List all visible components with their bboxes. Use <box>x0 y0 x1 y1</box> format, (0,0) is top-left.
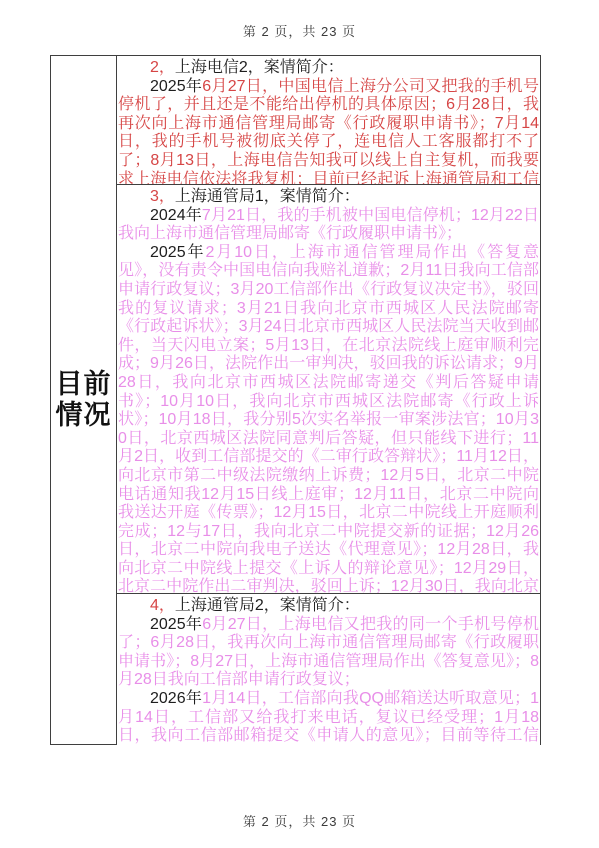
page-number-footer: 第 2 页，共 23 页 <box>0 811 599 830</box>
year-prefix: 2025年 <box>150 616 202 633</box>
events-text: 2月10日，上海市通信管理局作出《答复意见》，没有责令中国电信向我赔礼道歉；2月… <box>118 244 539 593</box>
case-status-table: 目前情况 2，上海电信2，案情简介：2025年6月27日，中国电信上海分公司又把… <box>50 55 541 745</box>
year-prefix: 2025年 <box>150 78 202 95</box>
page-number-header: 第 2 页，共 23 页 <box>0 21 599 40</box>
section-heading: 4，上海通管局2，案情简介： <box>118 597 539 616</box>
section-title: 上海通管局1，案情简介： <box>175 188 360 205</box>
section-title: 上海通管局2，案情简介： <box>175 597 360 614</box>
section-number: 2， <box>150 59 175 76</box>
section-number: 4， <box>150 597 175 614</box>
section-heading: 3，上海通管局1，案情简介： <box>118 188 539 207</box>
section-heading: 2，上海电信2，案情简介： <box>118 59 539 78</box>
year-prefix: 2026年 <box>150 690 202 707</box>
case-paragraph: 2024年7月21日，我的手机被中国电信停机；12月22日我向上海市通信管理局邮… <box>118 207 539 244</box>
case-sections-column: 2，上海电信2，案情简介：2025年6月27日，中国电信上海分公司又把我的手机号… <box>116 55 541 745</box>
case-section: 2，上海电信2，案情简介：2025年6月27日，中国电信上海分公司又把我的手机号… <box>116 56 540 184</box>
year-prefix: 2024年 <box>150 207 202 224</box>
section-title: 上海电信2，案情简介： <box>175 59 344 76</box>
row-label: 目前情况 <box>55 369 113 431</box>
document-page: 第 2 页，共 23 页 目前情况 2，上海电信2，案情简介：2025年6月27… <box>0 0 599 848</box>
case-section: 4，上海通管局2，案情简介：2025年6月27日，上海电信又把我的同一个手机号停… <box>116 593 540 745</box>
case-section: 3，上海通管局1，案情简介：2024年7月21日，我的手机被中国电信停机；12月… <box>116 184 540 593</box>
case-paragraph: 2025年6月27日，中国电信上海分公司又把我的手机号停机了，并且还是不能给出停… <box>118 78 539 184</box>
row-label-cell: 目前情况 <box>50 55 117 745</box>
case-paragraph: 2025年6月27日，上海电信又把我的同一个手机号停机了；6月28日，我再次向上… <box>118 616 539 690</box>
year-prefix: 2025年 <box>150 244 205 261</box>
section-number: 3， <box>150 188 175 205</box>
case-paragraph: 2026年1月14日，工信部向我QQ邮箱送达听取意见；1月14日，工信部又给我打… <box>118 690 539 745</box>
case-paragraph: 2025年2月10日，上海市通信管理局作出《答复意见》，没有责令中国电信向我赔礼… <box>118 244 539 593</box>
